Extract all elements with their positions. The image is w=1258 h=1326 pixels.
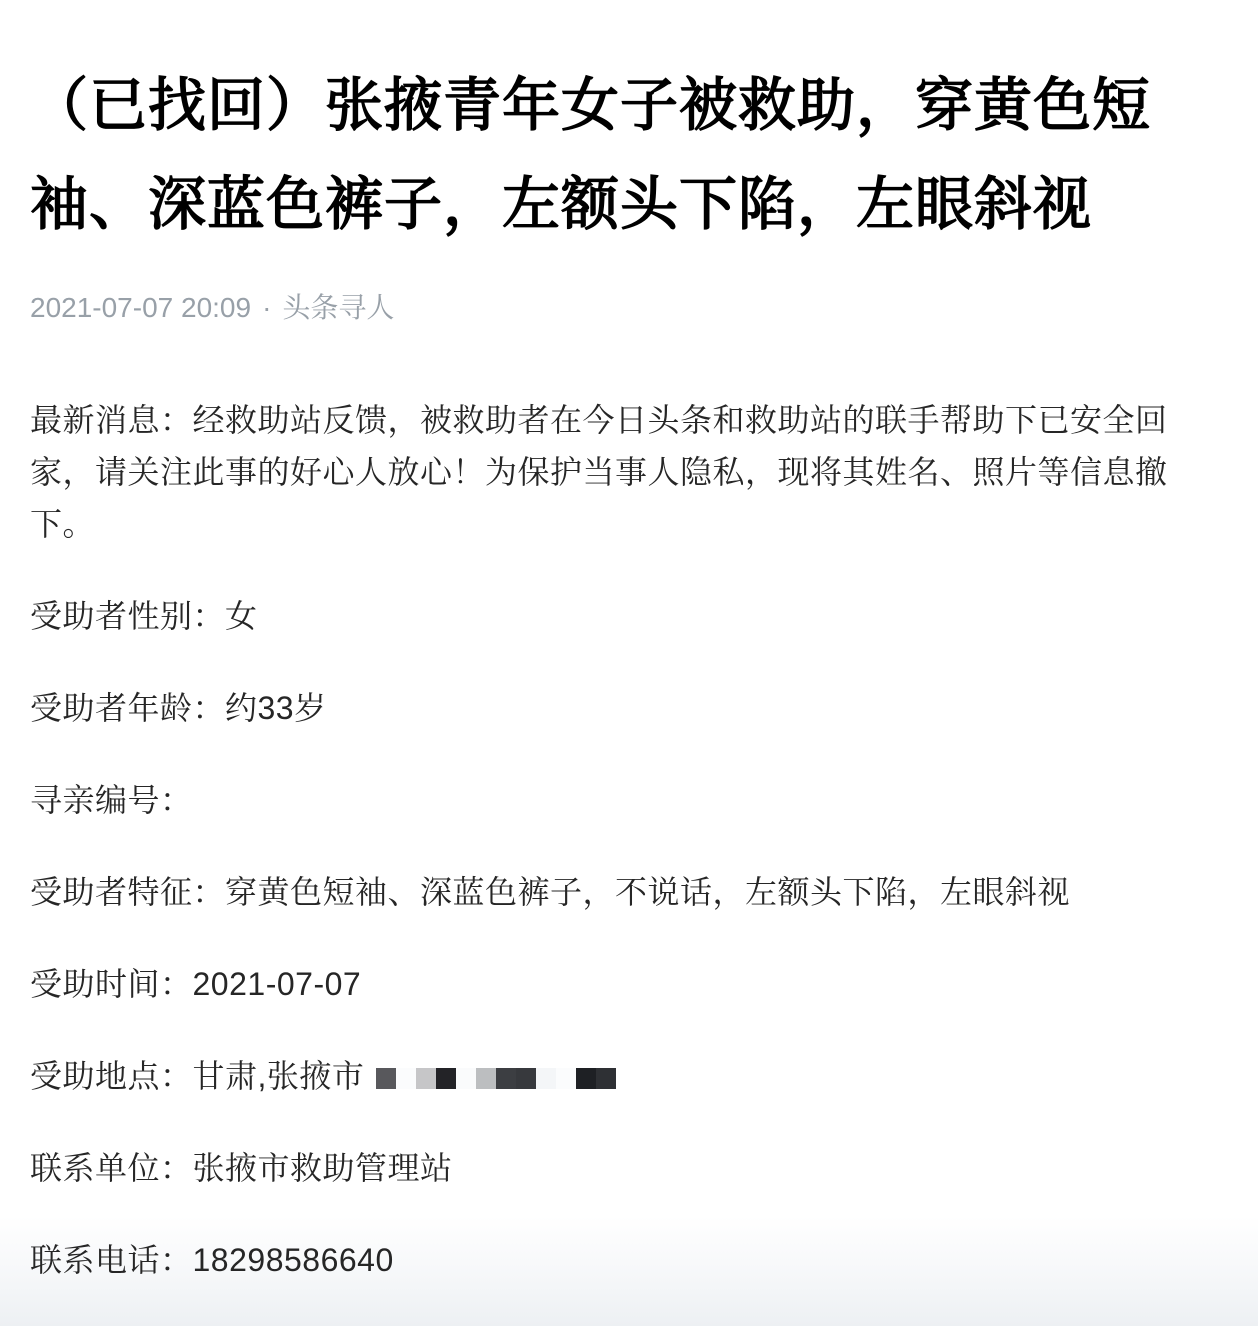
article-title: （已找回）张掖青年女子被救助，穿黄色短袖、深蓝色裤子，左额头下陷，左眼斜视 xyxy=(30,56,1228,254)
redaction-block xyxy=(556,1068,576,1089)
redaction-block xyxy=(576,1068,596,1089)
field-contact-phone: 联系电话：18298586640 xyxy=(30,1234,1228,1286)
field-age: 受助者年龄：约33岁 xyxy=(30,682,1228,734)
redaction-block xyxy=(416,1068,436,1089)
field-location: 受助地点：甘肃,张掖市 xyxy=(30,1050,1228,1102)
location-label: 受助地点：甘肃,张掖市 xyxy=(30,1058,364,1094)
article-meta: 2021-07-07 20:09 · 头条寻人 xyxy=(30,288,1228,328)
redaction-block xyxy=(456,1068,476,1089)
redaction-block xyxy=(436,1068,456,1089)
source-name: 头条寻人 xyxy=(282,288,394,328)
redaction-block xyxy=(596,1068,616,1089)
redaction-mosaic xyxy=(376,1068,616,1089)
article-body: 最新消息：经救助站反馈，被救助者在今日头条和救助站的联手帮助下已安全回家，请关注… xyxy=(30,394,1228,1286)
redaction-block xyxy=(536,1068,556,1089)
field-rescue-date: 受助时间：2021-07-07 xyxy=(30,958,1228,1010)
article-page: （已找回）张掖青年女子被救助，穿黄色短袖、深蓝色裤子，左额头下陷，左眼斜视 20… xyxy=(0,0,1258,1326)
redaction-block xyxy=(396,1068,416,1089)
paragraph-latest-news: 最新消息：经救助站反馈，被救助者在今日头条和救助站的联手帮助下已安全回家，请关注… xyxy=(30,394,1228,550)
field-features: 受助者特征：穿黄色短袖、深蓝色裤子，不说话，左额头下陷，左眼斜视 xyxy=(30,866,1228,918)
redaction-block xyxy=(496,1068,516,1089)
publish-timestamp: 2021-07-07 20:09 xyxy=(30,288,251,328)
redaction-block xyxy=(476,1068,496,1089)
field-gender: 受助者性别：女 xyxy=(30,590,1228,642)
field-case-number: 寻亲编号： xyxy=(30,774,1228,826)
redaction-block xyxy=(376,1068,396,1089)
meta-separator-dot: · xyxy=(262,288,271,328)
field-contact-unit: 联系单位：张掖市救助管理站 xyxy=(30,1142,1228,1194)
article-content: （已找回）张掖青年女子被救助，穿黄色短袖、深蓝色裤子，左额头下陷，左眼斜视 20… xyxy=(0,0,1258,1286)
redaction-block xyxy=(516,1068,536,1089)
